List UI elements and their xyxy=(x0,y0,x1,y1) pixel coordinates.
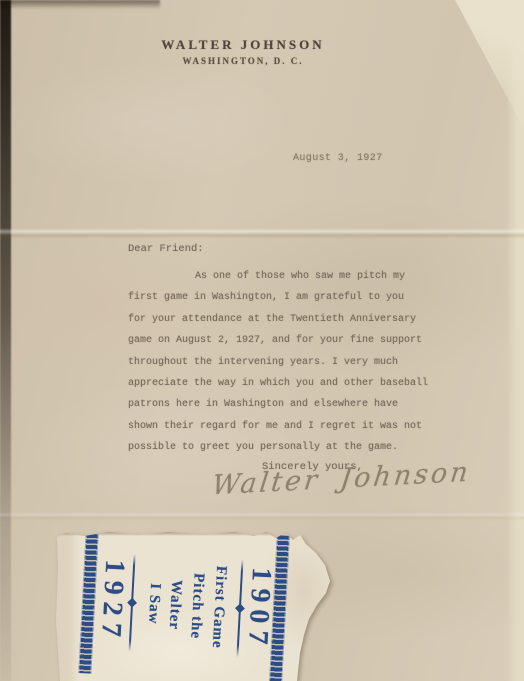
body-line: first game in Washington, I am grateful … xyxy=(128,287,438,308)
body-line: As one of those who saw me pitch my xyxy=(128,266,438,287)
ribbon-year-left: 1927 xyxy=(96,559,128,644)
letter-photo: WALTER JOHNSON WASHINGTON, D. C. August … xyxy=(0,0,524,681)
body-line: appreciate the way in which you and othe… xyxy=(128,373,438,394)
souvenir-ribbon: 1927 I Saw Walter Pitch the First Game 1… xyxy=(54,531,336,681)
letterhead-city: WASHINGTON, D. C. xyxy=(123,56,363,66)
paper-fold-crease-lower xyxy=(0,512,524,521)
ribbon-phrase-line: I Saw xyxy=(145,583,162,625)
letter-body: As one of those who saw me pitch my firs… xyxy=(128,266,438,459)
body-line: possible to greet you personally at the … xyxy=(128,437,438,458)
ribbon-phrase-line: Walter xyxy=(166,579,184,630)
signature: Walter Johnson xyxy=(210,456,493,502)
ribbon-selvage-left xyxy=(78,528,99,673)
letterhead-name: WALTER JOHNSON xyxy=(123,37,363,53)
body-line: for your attendance at the Twentieth Ann… xyxy=(128,309,438,330)
ribbon-phrase-line: Pitch the xyxy=(187,573,205,640)
ribbon-fabric: 1927 I Saw Walter Pitch the First Game 1… xyxy=(54,531,336,681)
ribbon-print: 1927 I Saw Walter Pitch the First Game 1… xyxy=(50,524,339,681)
body-line: shown their regard for me and I regret i… xyxy=(128,416,438,437)
letterhead: WALTER JOHNSON WASHINGTON, D. C. xyxy=(123,37,363,66)
photo-left-edge-shadow xyxy=(0,0,11,681)
body-line: throughout the intervening years. I very… xyxy=(128,352,438,373)
ribbon-year-right: 1907 xyxy=(243,567,275,652)
photo-top-edge-shadow xyxy=(0,0,160,9)
body-line: patrons here in Washington and elsewhere… xyxy=(128,394,438,415)
paper-fold-crease-upper xyxy=(0,228,524,239)
ribbon-phrase-line: First Game xyxy=(209,565,228,649)
letter-date: August 3, 1927 xyxy=(293,153,383,164)
body-line: game on August 2, 1927, and for your fin… xyxy=(128,330,438,351)
salutation: Dear Friend: xyxy=(128,243,204,255)
ribbon-selvage-right xyxy=(269,535,290,681)
